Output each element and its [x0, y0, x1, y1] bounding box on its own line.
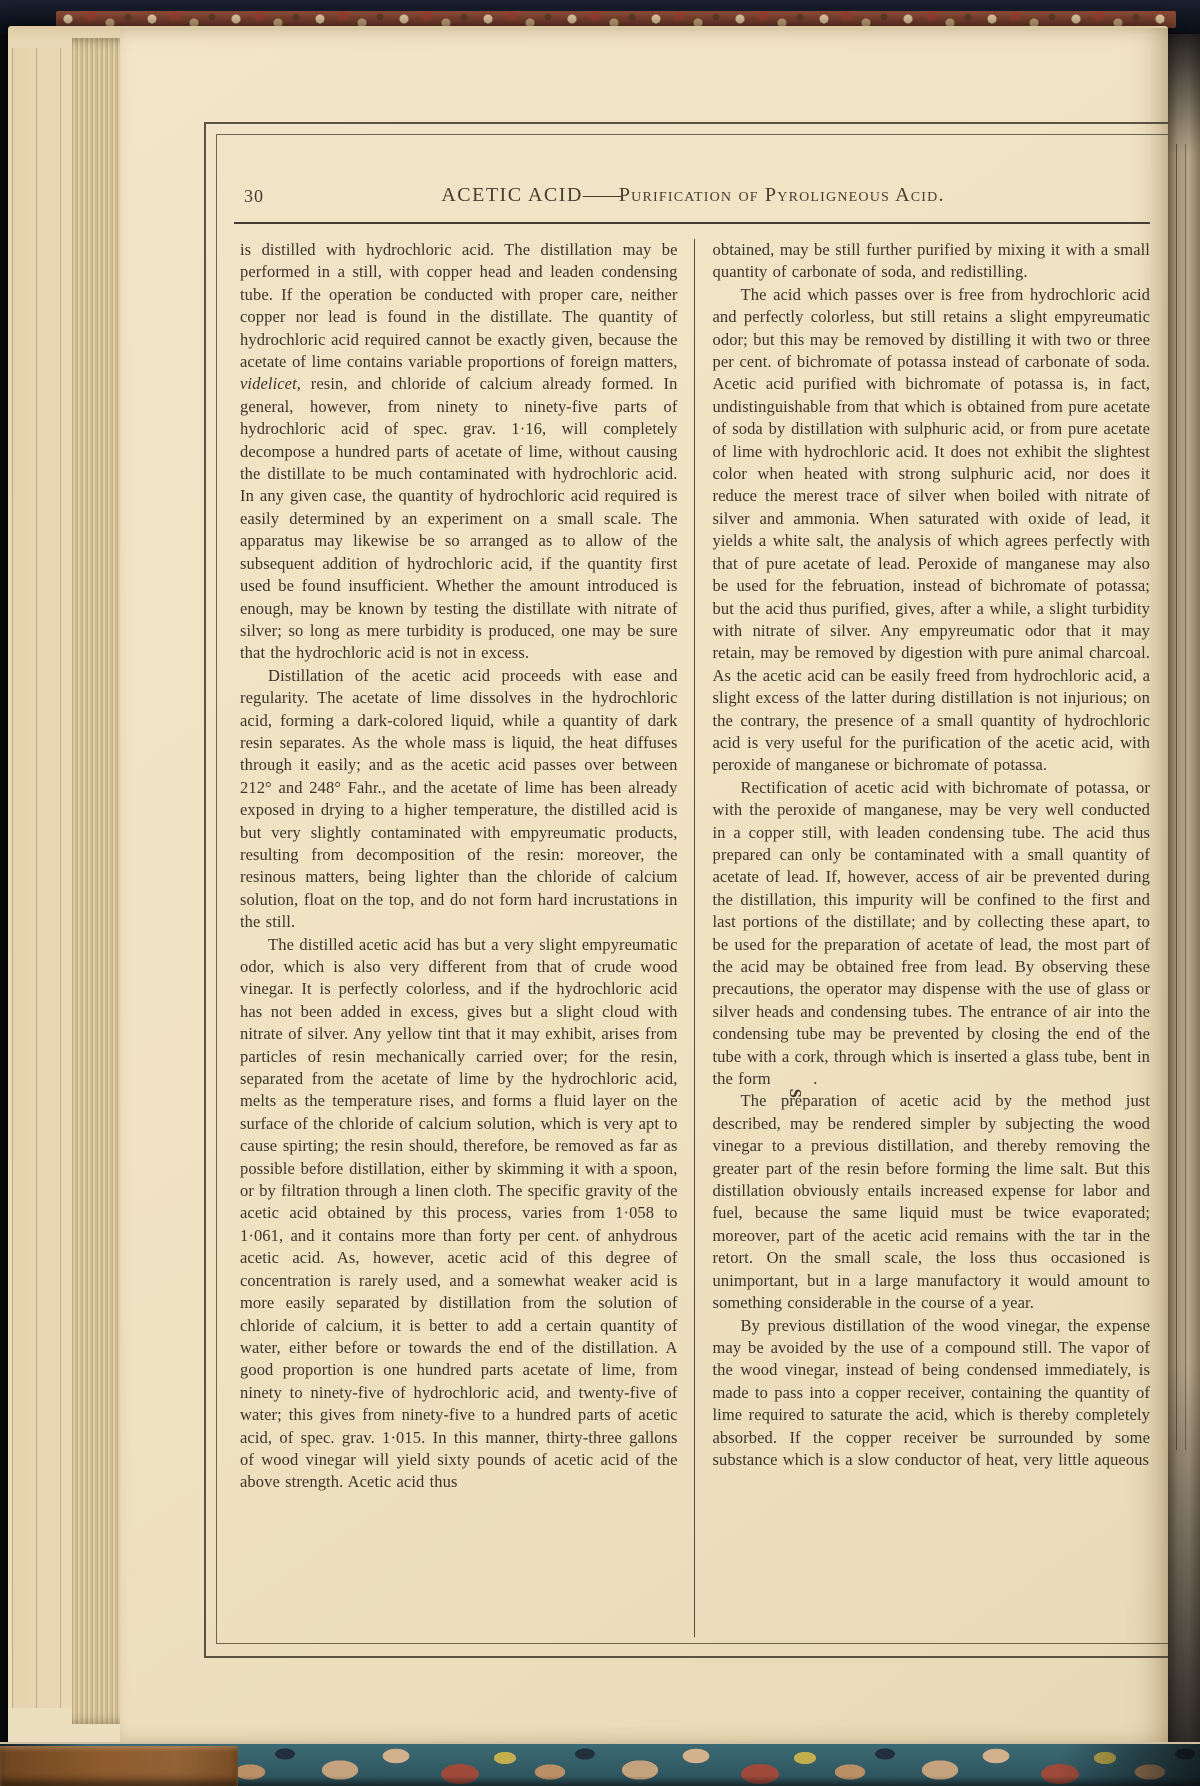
book-scan: 30 ACETIC ACID——Purification of Pyrolign… [0, 0, 1200, 1786]
column-right: obtained, may be still further purified … [695, 237, 1157, 1637]
page-edges-smooth [12, 48, 74, 1708]
paragraph: is distilled with hydrochloric acid. The… [240, 239, 678, 665]
paragraph: Rectification of acetic acid with bichro… [713, 777, 1151, 1091]
paragraph: The preparation of acetic acid by the me… [713, 1090, 1151, 1314]
running-title-left: ACETIC ACID [441, 184, 583, 206]
header-rule [234, 222, 1150, 225]
paragraph: By previous distillation of the wood vin… [713, 1315, 1151, 1472]
leather-corner [0, 1746, 238, 1786]
page-stack: 30 ACETIC ACID——Purification of Pyrolign… [8, 26, 1168, 1750]
text-columns: is distilled with hydrochloric acid. The… [232, 237, 1156, 1637]
paragraph: Distillation of the acetic acid proceeds… [240, 665, 678, 934]
paragraph: obtained, may be still further purified … [713, 239, 1151, 284]
gutter-shadow [1168, 34, 1200, 1750]
paragraph: The acid which passes over is free from … [713, 284, 1151, 777]
page-content: 30 ACETIC ACID——Purification of Pyrolign… [224, 140, 1160, 1636]
running-title-separator: —— [583, 184, 619, 206]
column-left: is distilled with hydrochloric acid. The… [232, 237, 694, 1637]
running-header: 30 ACETIC ACID——Purification of Pyrolign… [238, 184, 1148, 212]
paragraph: The distilled acetic acid has but a very… [240, 934, 678, 1494]
book-page: 30 ACETIC ACID——Purification of Pyrolign… [120, 28, 1168, 1748]
running-title-right: Purification of Pyroligneous Acid. [619, 184, 945, 206]
facing-page-edge [1168, 34, 1200, 1750]
running-title: ACETIC ACID——Purification of Pyroligneou… [238, 184, 1148, 207]
